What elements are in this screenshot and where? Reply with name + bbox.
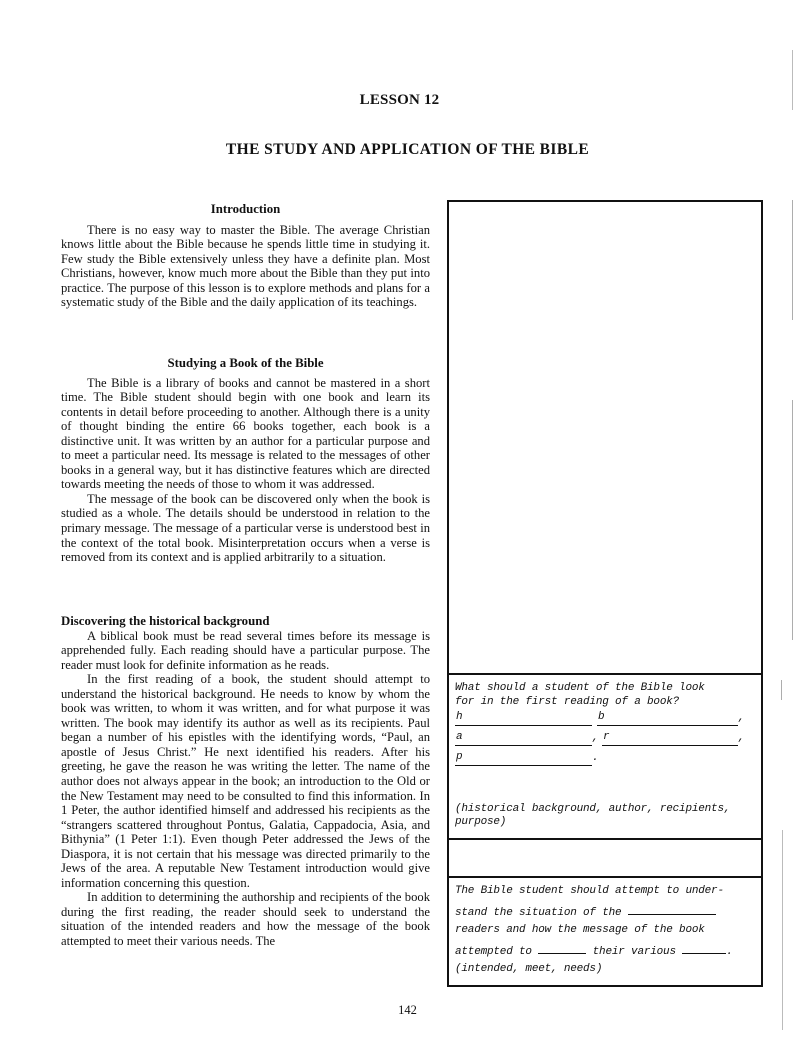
answer-blank-p[interactable]: p: [455, 751, 592, 766]
blank-frame-top: [449, 202, 761, 675]
scan-edge-mark: [792, 400, 793, 640]
blank-row: a , r ,: [449, 729, 761, 749]
introduction-heading: Introduction: [61, 202, 430, 217]
answer-blank-meet[interactable]: [538, 941, 586, 954]
question-2-line: stand the situation of the: [449, 902, 761, 922]
answer-blank-needs[interactable]: [682, 941, 726, 954]
comma: ,: [738, 712, 745, 724]
introduction-section: Introduction There is no easy way to mas…: [61, 202, 430, 310]
question-2-answer: (intended, meet, needs): [449, 960, 761, 980]
historical-background-paragraph: In addition to determining the authorshi…: [61, 890, 430, 948]
studying-book-paragraph: The Bible is a library of books and cann…: [61, 376, 430, 492]
period: .: [592, 752, 599, 764]
question-1-prompt: What should a student of the Bible look …: [449, 675, 710, 709]
answer-blank-h[interactable]: h: [455, 711, 592, 726]
studying-book-heading: Studying a Book of the Bible: [61, 356, 430, 371]
blank-frame-middle: [449, 840, 761, 878]
question-2-line: The Bible student should attempt to unde…: [449, 882, 761, 902]
scan-edge-mark: [792, 50, 793, 110]
question-frame-1: What should a student of the Bible look …: [449, 675, 761, 840]
answer-blank-a[interactable]: a: [455, 731, 592, 746]
question-frame-2: The Bible student should attempt to unde…: [449, 878, 761, 985]
lesson-title: THE STUDY AND APPLICATION OF THE BIBLE: [0, 141, 799, 159]
comma: ,: [738, 732, 745, 744]
historical-background-paragraph: A biblical book must be read several tim…: [61, 629, 430, 673]
study-frame-panel: What should a student of the Bible look …: [447, 200, 763, 987]
historical-background-heading: Discovering the historical background: [61, 614, 430, 629]
lesson-number: LESSON 12: [0, 92, 799, 109]
studying-book-section: Studying a Book of the Bible The Bible i…: [61, 356, 430, 565]
studying-book-paragraph: The message of the book can be discovere…: [61, 492, 430, 565]
historical-background-paragraph: In the first reading of a book, the stud…: [61, 672, 430, 890]
scan-edge-mark: [792, 200, 793, 320]
historical-background-section: Discovering the historical background A …: [61, 614, 430, 949]
introduction-paragraph: There is no easy way to master the Bible…: [61, 223, 430, 310]
answer-blank-r[interactable]: r: [602, 731, 738, 746]
comma: ,: [592, 732, 599, 744]
question-2-line: attempted to their various .: [449, 941, 761, 961]
scan-edge-mark: [781, 680, 782, 700]
answer-blank-b[interactable]: b: [597, 711, 738, 726]
page-number: 142: [0, 1003, 799, 1018]
question-1-answer: (historical background, author, recipien…: [449, 803, 755, 829]
scan-edge-mark: [782, 830, 783, 1030]
blank-row: h b ,: [449, 709, 761, 729]
question-2-line: readers and how the message of the book: [449, 921, 761, 941]
answer-blank-intended[interactable]: [628, 902, 716, 915]
blank-row: p .: [449, 749, 761, 769]
